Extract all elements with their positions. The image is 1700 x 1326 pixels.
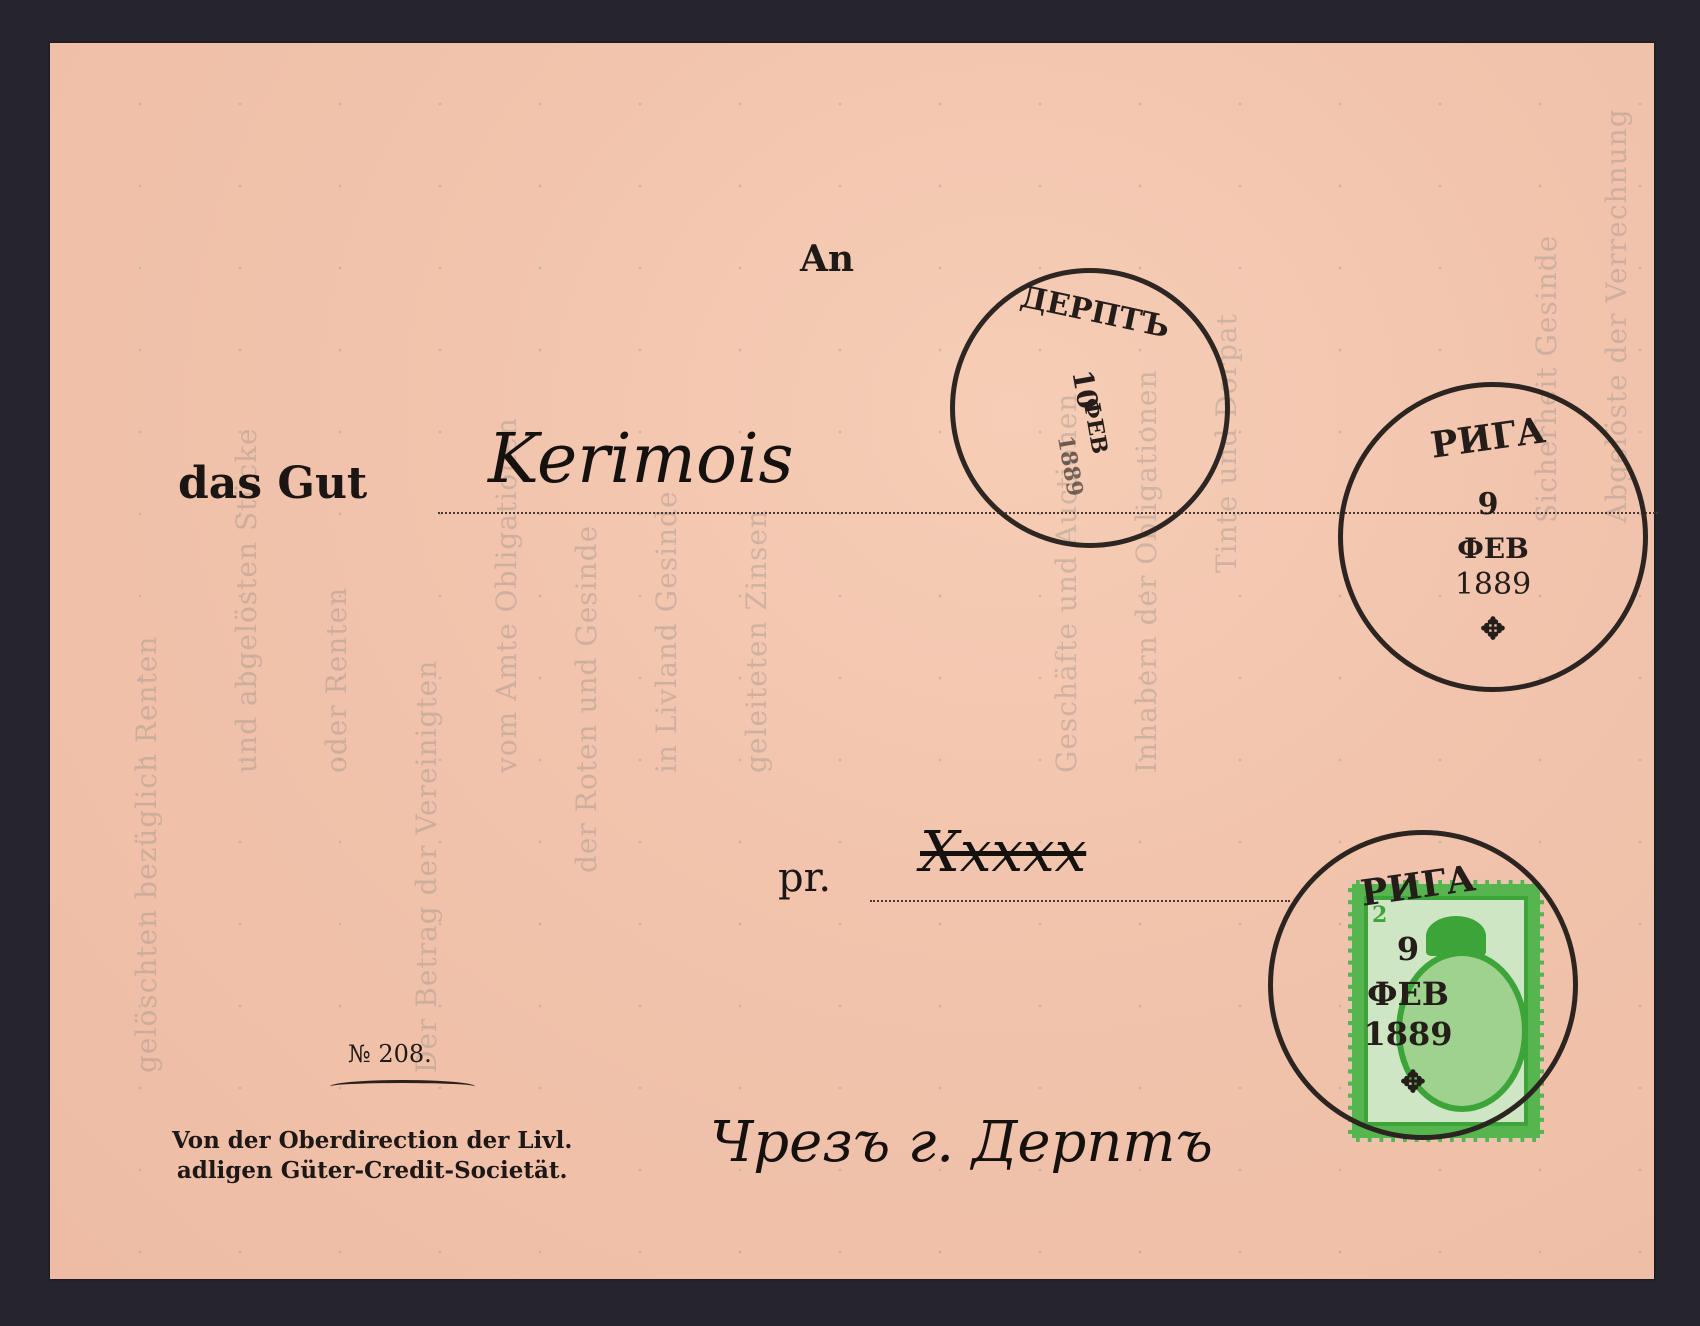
postmark-ornament-icon: ✥ — [1393, 1065, 1433, 1100]
via-dotted-line — [870, 900, 1290, 902]
postmark-day: 9 — [1463, 487, 1513, 522]
handwritten-estate-name: Kerimois — [488, 420, 794, 499]
postmark-ornament-icon: ✥ — [1473, 612, 1513, 647]
document-number: № 208. — [348, 1040, 432, 1068]
das-gut-label: das Gut — [178, 458, 367, 509]
decorative-brace — [330, 1080, 475, 1093]
sender-imprint: Von der Oberdirection der Livl. adligen … — [172, 1126, 572, 1186]
bleed-through-text: oder Renten — [320, 73, 353, 773]
sender-line-1: Von der Oberdirection der Livl. — [172, 1126, 572, 1156]
bleed-through-text: gelöschten bezüglich Renten — [130, 73, 163, 1073]
postmark-month: ФЕВ — [1353, 975, 1463, 1013]
postmark-town: ДЕРПТЪ — [1013, 279, 1177, 347]
pr-label: pr. — [778, 855, 831, 901]
bleed-through-text: Tinte und Dorpat — [1210, 73, 1243, 573]
bleed-through-text: und abgelösten Stücke — [230, 73, 263, 773]
sender-line-2: adligen Güter-Credit-Societät. — [172, 1156, 572, 1186]
postmark-month: ФЕВ — [1443, 532, 1543, 565]
riga-postmark-top: РИГА 9 ФЕВ 1889 ✥ — [1338, 382, 1648, 692]
bleed-through-text: Der Betrag der Vereinigten — [410, 73, 443, 1073]
postmark-year: 1889 — [1433, 567, 1553, 602]
postmark-day: 9 — [1383, 930, 1433, 968]
recipient-prefix: An — [800, 238, 854, 280]
riga-postmark-bottom: РИГА 9 ФЕВ 1889 ✥ — [1268, 830, 1578, 1140]
postmark-town: РИГА — [1401, 405, 1575, 470]
postmark-year: 1889 — [1343, 1015, 1473, 1053]
handwritten-via-crossed: Xxxxx — [920, 820, 1086, 885]
handwritten-route: Чрезъ г. Дерптъ — [710, 1110, 1213, 1175]
dorpat-postmark: ДЕРПТЪ 10 ФЕВ 1889 — [950, 268, 1230, 548]
postmark-town: РИГА — [1331, 853, 1505, 918]
